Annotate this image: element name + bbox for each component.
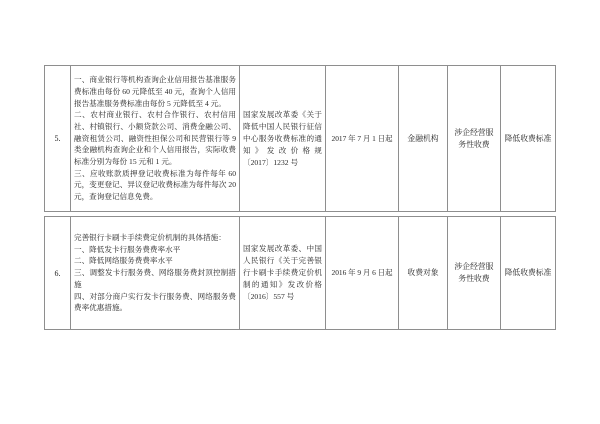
- action-cell: 降低收费标准: [501, 66, 556, 212]
- row-number-cell: 5.: [45, 66, 71, 212]
- action-cell: 降低收费标准: [501, 217, 556, 330]
- effective-date-cell: 2016 年 9 月 6 日起: [326, 217, 399, 330]
- fee-policy-table-row-5: 5. 一、商业银行等机构查询企业信用报告基准服务费标准由每份 60 元降低至 4…: [44, 65, 556, 212]
- measures-cell: 完善银行卡刷卡手续费定价机制的具体措施： 一、降低发卡行服务费费率水平 二、降低…: [71, 217, 240, 330]
- fee-policy-table-row-6: 6. 完善银行卡刷卡手续费定价机制的具体措施： 一、降低发卡行服务费费率水平 二…: [44, 216, 556, 330]
- table-row: 5. 一、商业银行等机构查询企业信用报告基准服务费标准由每份 60 元降低至 4…: [45, 66, 556, 212]
- document-page: 5. 一、商业银行等机构查询企业信用报告基准服务费标准由每份 60 元降低至 4…: [0, 0, 600, 424]
- policy-document-cell: 国家发展改革委、中国人民银行《关于完善银行卡刷卡手续费定价机制的通知》发改价格〔…: [240, 217, 326, 330]
- charge-object-cell: 金融机构: [399, 66, 448, 212]
- effective-date-cell: 2017 年 7 月 1 日起: [326, 66, 399, 212]
- row-number-cell: 6.: [45, 217, 71, 330]
- fee-category-cell: 涉企经营服务性收费: [448, 66, 501, 212]
- charge-object-cell: 收费对象: [399, 217, 448, 330]
- policy-document-cell: 国家发展改革委《关于降低中国人民银行征信中心服务收费标准的通知》发改价格规〔20…: [240, 66, 326, 212]
- measures-cell: 一、商业银行等机构查询企业信用报告基准服务费标准由每份 60 元降低至 40 元…: [71, 66, 240, 212]
- table-row: 6. 完善银行卡刷卡手续费定价机制的具体措施： 一、降低发卡行服务费费率水平 二…: [45, 217, 556, 330]
- fee-category-cell: 涉企经营服务性收费: [448, 217, 501, 330]
